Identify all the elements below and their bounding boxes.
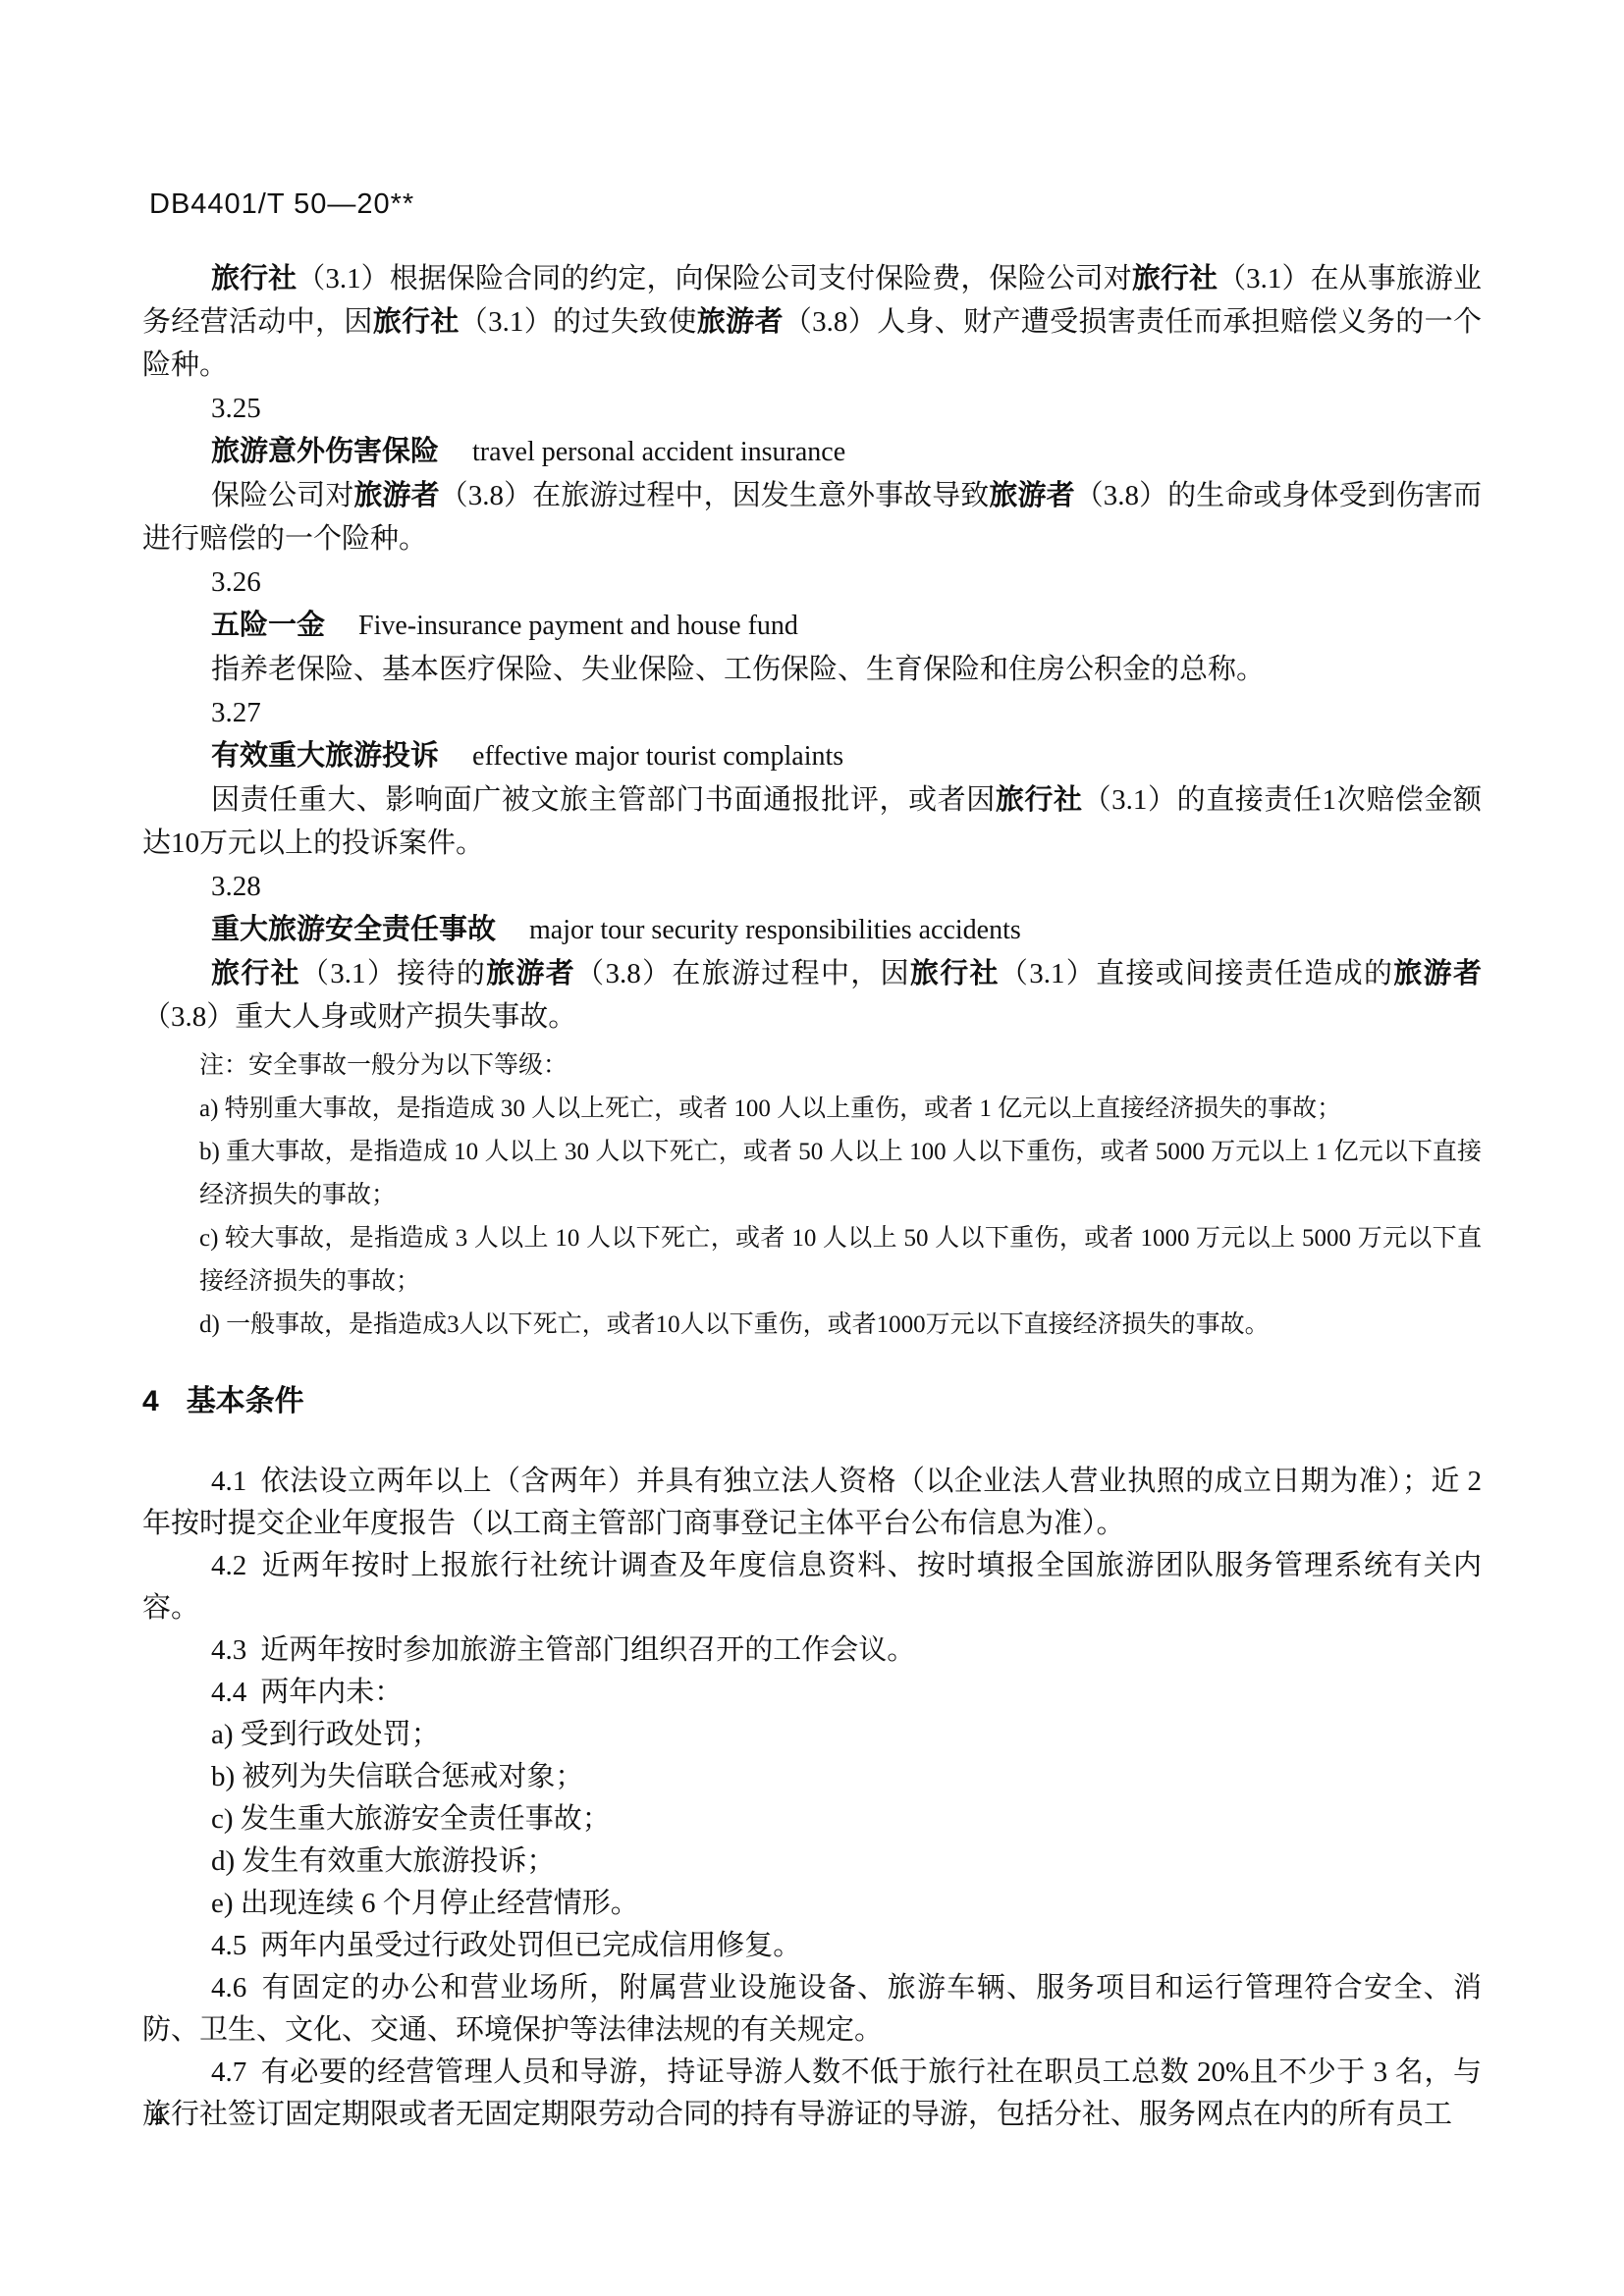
chapter-number: 4 <box>142 1385 159 1417</box>
note-item: d) 一般事故，是指造成3人以下死亡，或者10人以下重伤，或者1000万元以下直… <box>199 1304 1482 1347</box>
clause-number: 4.7 <box>211 2056 246 2088</box>
clause-number: 4.3 <box>211 1634 246 1666</box>
page-number: 4 <box>151 2101 165 2131</box>
term-number: 3.25 <box>142 387 1482 430</box>
clause-number: 4.1 <box>211 1466 246 1497</box>
clause-number: 4.6 <box>211 1972 246 2003</box>
document-page: DB4401/T 50—20** 旅行社（3.1）根据保险合同的约定，向保险公司… <box>0 0 1624 2296</box>
term-name-en: Five-insurance payment and house fund <box>358 611 798 641</box>
clause: 4.7有必要的经营管理人员和导游，持证导游人数不低于旅行社在职员工总数 20%且… <box>142 2052 1482 2136</box>
note-label: 注：安全事故一般分为以下等级： <box>199 1044 1482 1088</box>
clause: 4.1依法设立两年以上（含两年）并具有独立法人资格（以企业法人营业执照的成立日期… <box>142 1461 1482 1545</box>
term-heading: 五险一金Five-insurance payment and house fun… <box>142 604 1482 648</box>
term-name-en: major tour security responsibilities acc… <box>529 915 1021 945</box>
note-item: c) 较大事故，是指造成 3 人以上 10 人以下死亡，或者 10 人以上 50… <box>199 1217 1482 1304</box>
clause: 4.3近两年按时参加旅游主管部门组织召开的工作会议。 <box>142 1629 1482 1672</box>
term-name-en: effective major tourist complaints <box>472 741 843 772</box>
document-body: 旅行社（3.1）根据保险合同的约定，向保险公司支付保险费，保险公司对旅行社（3.… <box>142 257 1482 2136</box>
clause-subitem: a) 受到行政处罚； <box>142 1714 1482 1756</box>
clause-text: 两年内未： <box>260 1677 403 1708</box>
term-number: 3.26 <box>142 561 1482 604</box>
clause-text: 有固定的办公和营业场所，附属营业设施设备、旅游车辆、服务项目和运行管理符合安全、… <box>142 1972 1482 2046</box>
clause-number: 4.5 <box>211 1930 246 1961</box>
clause-text: 两年内虽受过行政处罚但已完成信用修复。 <box>260 1930 801 1961</box>
clause: 4.4两年内未： <box>142 1672 1482 1714</box>
term-definition: 旅行社（3.1）接待的旅游者（3.8）在旅游过程中，因旅行社（3.1）直接或间接… <box>142 952 1482 1039</box>
clause-text: 有必要的经营管理人员和导游，持证导游人数不低于旅行社在职员工总数 20%且不少于… <box>142 2056 1482 2130</box>
term-heading: 重大旅游安全责任事故major tour security responsibi… <box>142 908 1482 952</box>
clause-subitem: b) 被列为失信联合惩戒对象； <box>142 1756 1482 1798</box>
chapter-heading: 4基本条件 <box>142 1380 1482 1423</box>
clause-list: 4.1依法设立两年以上（含两年）并具有独立法人资格（以企业法人营业执照的成立日期… <box>142 1461 1482 2136</box>
clause: 4.6有固定的办公和营业场所，附属营业设施设备、旅游车辆、服务项目和运行管理符合… <box>142 1967 1482 2052</box>
note-item: b) 重大事故，是指造成 10 人以上 30 人以下死亡，或者 50 人以上 1… <box>199 1131 1482 1217</box>
document-code: DB4401/T 50—20** <box>149 188 414 221</box>
clause-subitem: d) 发生有效重大旅游投诉； <box>142 1841 1482 1883</box>
term-definition: 因责任重大、影响面广被文旅主管部门书面通报批评，或者因旅行社（3.1）的直接责任… <box>142 778 1482 865</box>
term-name-cn: 重大旅游安全责任事故 <box>211 914 496 945</box>
term-number: 3.27 <box>142 691 1482 734</box>
clause-text: 近两年按时参加旅游主管部门组织召开的工作会议。 <box>260 1634 915 1666</box>
clause: 4.2近两年按时上报旅行社统计调查及年度信息资料、按时填报全国旅游团队服务管理系… <box>142 1545 1482 1629</box>
term-name-cn: 旅游意外伤害保险 <box>211 436 439 467</box>
note-block: 注：安全事故一般分为以下等级： a) 特别重大事故，是指造成 30 人以上死亡，… <box>199 1044 1482 1347</box>
clause-number: 4.2 <box>211 1550 246 1581</box>
clause-text: 依法设立两年以上（含两年）并具有独立法人资格（以企业法人营业执照的成立日期为准）… <box>142 1466 1482 1539</box>
clause-subitem: c) 发生重大旅游安全责任事故； <box>142 1798 1482 1841</box>
term-name-cn: 五险一金 <box>211 610 325 641</box>
term-name-cn: 有效重大旅游投诉 <box>211 740 439 772</box>
term-definition: 保险公司对旅游者（3.8）在旅游过程中，因发生意外事故导致旅游者（3.8）的生命… <box>142 474 1482 561</box>
term-name-en: travel personal accident insurance <box>472 437 845 467</box>
term-heading: 有效重大旅游投诉effective major tourist complain… <box>142 734 1482 778</box>
clause: 4.5两年内虽受过行政处罚但已完成信用修复。 <box>142 1925 1482 1967</box>
clause-number: 4.4 <box>211 1677 246 1708</box>
chapter-title: 基本条件 <box>187 1385 304 1417</box>
intro-paragraph: 旅行社（3.1）根据保险合同的约定，向保险公司支付保险费，保险公司对旅行社（3.… <box>142 257 1482 387</box>
note-item: a) 特别重大事故，是指造成 30 人以上死亡，或者 100 人以上重伤，或者 … <box>199 1088 1482 1131</box>
term-definition: 指养老保险、基本医疗保险、失业保险、工伤保险、生育保险和住房公积金的总称。 <box>142 648 1482 691</box>
clause-subitem: e) 出现连续 6 个月停止经营情形。 <box>142 1883 1482 1925</box>
term-number: 3.28 <box>142 865 1482 908</box>
clause-text: 近两年按时上报旅行社统计调查及年度信息资料、按时填报全国旅游团队服务管理系统有关… <box>142 1550 1482 1624</box>
term-heading: 旅游意外伤害保险travel personal accident insuran… <box>142 430 1482 474</box>
